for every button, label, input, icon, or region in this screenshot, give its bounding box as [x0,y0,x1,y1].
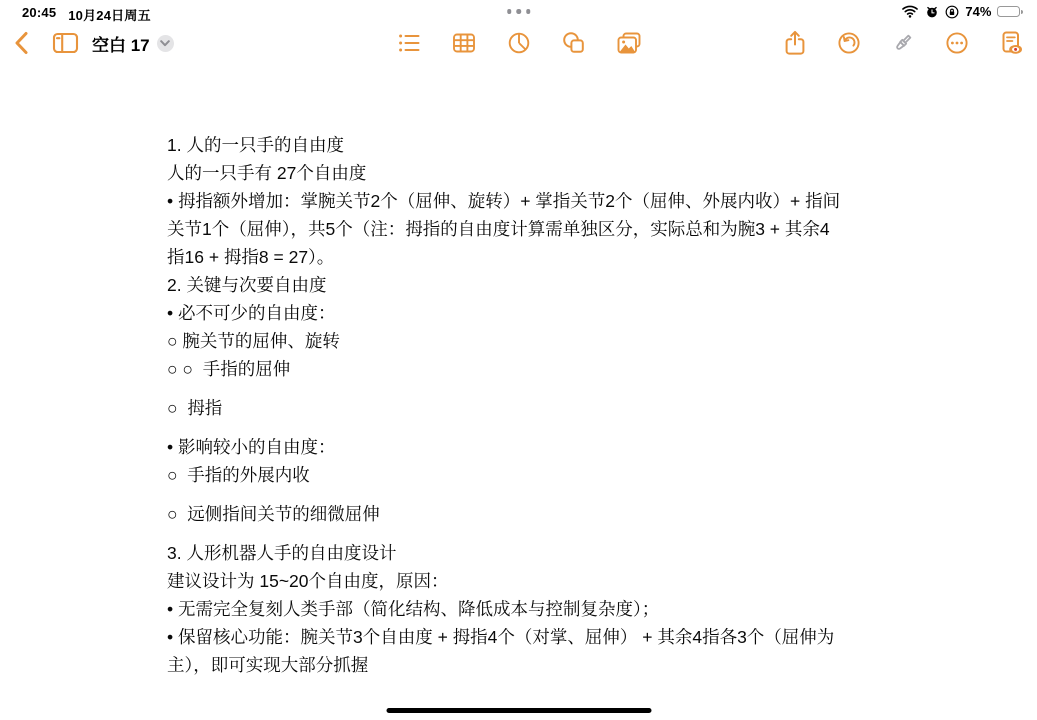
shapes-icon [562,31,586,55]
sidebar-icon [52,31,79,55]
note-title: 空白 17 [92,31,150,56]
note-text-line: • 影响较小的自由度： [167,433,907,461]
shapes-button[interactable] [561,27,587,59]
markup-button[interactable] [890,27,916,59]
note-text-line: • 保留核心功能：腕关节3个自由度 + 拇指4个（对掌、屈伸） + 其余4指各3… [167,623,907,651]
back-button[interactable] [10,27,32,59]
chevron-down-icon [160,40,170,47]
note-text-line: ○ ○ 手指的屈伸 [167,355,907,383]
reader-view-button[interactable] [998,27,1024,59]
battery-percent: 74% [965,4,991,19]
undo-button[interactable] [836,27,862,59]
status-time: 20:45 [22,5,56,24]
checklist-button[interactable] [396,27,422,59]
orientation-lock-icon [945,5,959,19]
brush-icon [891,31,915,55]
alarm-icon [925,5,939,19]
status-bar: 20:45 10月24日周五 [0,0,1037,24]
note-text-line: • 无需完全复刻人类手部（简化结构、降低成本与控制复杂度）； [167,595,907,623]
share-button[interactable] [782,27,808,59]
note-text-line: 关节1个（屈伸），共5个（注：拇指的自由度计算需单独区分，实际总和为腕3 + 其… [167,215,907,243]
toolbar: 空白 17 [0,24,1037,64]
status-date: 10月24日周五 [68,5,151,24]
table-button[interactable] [451,27,477,59]
note-text-line: ○ 手指的外展内收 [167,461,907,489]
note-text-line: 指16 + 拇指8 = 27）。 [167,243,907,271]
photos-button[interactable] [616,27,642,59]
note-text-line: 1. 人的一只手的自由度 [167,131,907,159]
note-text-line: • 必不可少的自由度： [167,299,907,327]
note-text-line: 主），即可实现大部分抓握 [167,651,907,679]
note-text-line: 2. 关键与次要自由度 [167,271,907,299]
share-icon [784,30,806,56]
document-eye-icon [999,30,1024,56]
note-text-line: 3. 人形机器人手的自由度设计 [167,539,907,567]
note-text-line: ○ 腕关节的屈伸、旋转 [167,327,907,355]
table-icon [452,31,476,55]
note-editor[interactable]: 1. 人的一只手的自由度人的一只手有 27个自由度• 拇指额外增加：掌腕关节2个… [167,131,907,679]
multitasking-indicator[interactable] [507,9,531,14]
chevron-left-icon [14,31,29,55]
chart-button[interactable] [506,27,532,59]
checklist-icon [397,31,421,55]
battery-icon [997,6,1023,18]
ellipsis-circle-icon [945,31,969,55]
undo-icon [837,31,861,55]
note-text-line: 建议设计为 15~20个自由度，原因： [167,567,907,595]
home-indicator[interactable] [386,708,651,713]
note-text-line: • 拇指额外增加：掌腕关节2个（屈伸、旋转）+ 掌指关节2个（屈伸、外展内收）+… [167,187,907,215]
note-title-menu-button[interactable] [157,35,174,52]
note-text-line: ○ 拇指 [167,394,907,422]
show-sidebar-button[interactable] [52,27,78,59]
wifi-icon [901,5,919,18]
photos-icon [616,31,642,55]
pie-chart-icon [507,31,531,55]
more-options-button[interactable] [944,27,970,59]
note-text-line: ○ 远侧指间关节的细微屈伸 [167,500,907,528]
note-text-line: 人的一只手有 27个自由度 [167,159,907,187]
